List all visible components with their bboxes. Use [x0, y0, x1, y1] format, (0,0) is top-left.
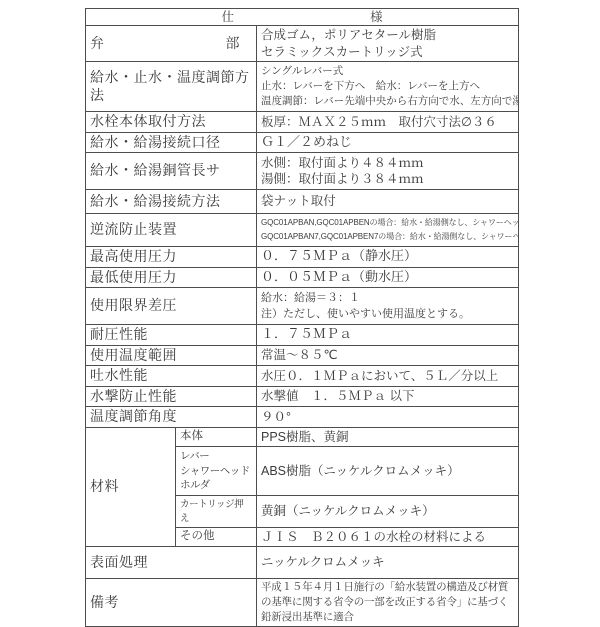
- spec-label: 表面処理: [86, 546, 257, 578]
- material-sublabel: カートリッジ押え: [176, 495, 257, 527]
- table-row: 給水・給湯接続口径 Ｇ１／２めねじ: [86, 132, 519, 153]
- spec-value: ０．７５ＭＰａ（静水圧）: [257, 247, 519, 268]
- spec-value-line: 板厚：ＭＡＸ２５ｍｍ 取付穴寸法∅３６: [261, 114, 514, 130]
- spec-value-line: １．７５ＭＰａ: [261, 326, 514, 343]
- table-title-cell: 仕様: [86, 9, 519, 26]
- spec-label: 耐圧性能: [86, 325, 257, 346]
- material-sublabel: レバー シャワーヘッド ホルダ: [176, 446, 257, 495]
- spec-label: 温度調節角度: [86, 407, 257, 428]
- table-row: 表面処理 ニッケルクロムメッキ: [86, 546, 519, 578]
- spec-label: 給水・給湯接続方法: [86, 190, 257, 214]
- material-sublabel: その他: [176, 527, 257, 546]
- material-label: 材料: [86, 427, 176, 546]
- spec-value: 平成１５年４月１日施行の「給水装置の構造及び材質の基準に関する省令の一部を改正す…: [257, 578, 519, 627]
- spec-value-line: 水側：取付面より４８４ｍｍ: [261, 155, 514, 171]
- spec-value-line: シングルレバー式: [261, 64, 514, 79]
- table-row: 最低使用圧力 ０．０５ＭＰａ（動水圧）: [86, 267, 519, 288]
- spec-label: 水栓本体取付方法: [86, 112, 257, 133]
- spec-value: GQC01APBAN,GQC01APBENの場合：給水・給湯側なし、シャワーヘッ…: [257, 214, 519, 247]
- spec-value: 水圧０．１ＭＰａにおいて、５Ｌ／分以上: [257, 366, 519, 387]
- spec-table: 仕様 弁部 合成ゴム，ポリアセタール樹脂 セラミックスカートリッジ式 給水・止水…: [85, 8, 519, 627]
- spec-value-line: 水圧０．１ＭＰａにおいて、５Ｌ／分以上: [261, 368, 514, 384]
- spec-label: 弁部: [86, 26, 257, 62]
- table-row: 給水・給湯接続方法 袋ナット取付: [86, 190, 519, 214]
- table-header-row: 仕様: [86, 9, 519, 26]
- table-row: 給水・止水・温度調節方法 シングルレバー式 止水：レバーを下方へ 給水：レバーを…: [86, 62, 519, 112]
- spec-label: 給水・給湯接続口径: [86, 132, 257, 153]
- material-subrow: 材料 本体 PPS樹脂、黄銅: [86, 427, 519, 446]
- material-value: PPS樹脂、黄銅: [257, 427, 519, 446]
- material-value: ＪＩＳ Ｂ２０６１の水栓の材料による: [257, 527, 519, 546]
- spec-label: 給水・給湯銅管長サ: [86, 153, 257, 190]
- table-row: 使用温度範囲 常温～８５℃: [86, 345, 519, 366]
- spec-value-line: ０．７５ＭＰａ（静水圧）: [261, 248, 514, 265]
- spec-value-line: ９０°: [261, 409, 514, 425]
- spec-value: 常温～８５℃: [257, 345, 519, 366]
- spec-value: 水側：取付面より４８４ｍｍ 湯側：取付面より３８４ｍｍ: [257, 153, 519, 190]
- spec-label: 給水・止水・温度調節方法: [86, 62, 257, 112]
- spec-value: ０．０５ＭＰａ（動水圧）: [257, 267, 519, 288]
- spec-value: 給水：給湯＝３：１ 注）ただし、使いやすい使用温度とする。: [257, 288, 519, 325]
- spec-value-line: 温度調節：レバー先端中央から右方向で水、左方向で湯: [261, 94, 514, 109]
- spec-value: ニッケルクロムメッキ: [257, 546, 519, 578]
- spec-label: 使用限界差圧: [86, 288, 257, 325]
- spec-label: 逆流防止装置: [86, 214, 257, 247]
- spec-value-line: 注）ただし、使いやすい使用温度とする。: [261, 306, 514, 323]
- table-title: 仕様: [221, 10, 382, 24]
- table-row: 水撃防止性能 水撃値 １．５ＭＰａ 以下: [86, 386, 519, 407]
- spec-value-line: ABS樹脂（ニッケルクロムメッキ）: [261, 463, 514, 479]
- spec-value-line: Ｇ１／２めねじ: [261, 134, 514, 151]
- spec-value-line: セラミックスカートリッジ式: [261, 44, 514, 60]
- table-row: 弁部 合成ゴム，ポリアセタール樹脂 セラミックスカートリッジ式: [86, 26, 519, 62]
- table-row: 温度調節角度 ９０°: [86, 407, 519, 428]
- spec-value-line: GQC01APBAN7,GQC01APBEN7の場合：給水・給湯側なし、シャワー…: [261, 230, 514, 244]
- spec-value: Ｇ１／２めねじ: [257, 132, 519, 153]
- spec-label: 最低使用圧力: [86, 267, 257, 288]
- spec-value-line: 湯側：取付面より３８４ｍｍ: [261, 171, 514, 187]
- spec-value-line: 袋ナット取付: [261, 193, 514, 209]
- spec-value: 合成ゴム，ポリアセタール樹脂 セラミックスカートリッジ式: [257, 26, 519, 62]
- spec-value: シングルレバー式 止水：レバーを下方へ 給水：レバーを上方へ 温度調節：レバー先…: [257, 62, 519, 112]
- spec-value-line: 平成１５年４月１日施行の「給水装置の構造及び材質の基準に関する省令の一部を改正す…: [261, 580, 514, 626]
- spec-value-line: ニッケルクロムメッキ: [261, 554, 514, 570]
- spec-value-line: 止水：レバーを下方へ 給水：レバーを上方へ: [261, 79, 514, 94]
- spec-label: 使用温度範囲: [86, 345, 257, 366]
- table-row: 備考 平成１５年４月１日施行の「給水装置の構造及び材質の基準に関する省令の一部を…: [86, 578, 519, 627]
- spec-label: 備考: [86, 578, 257, 627]
- spec-value: 水撃値 １．５ＭＰａ 以下: [257, 386, 519, 407]
- spec-value: １．７５ＭＰａ: [257, 325, 519, 346]
- material-value: 黄銅（ニッケルクロムメッキ）: [257, 495, 519, 527]
- spec-sheet: 仕様 弁部 合成ゴム，ポリアセタール樹脂 セラミックスカートリッジ式 給水・止水…: [85, 8, 518, 627]
- spec-value: 袋ナット取付: [257, 190, 519, 214]
- spec-label: 水撃防止性能: [86, 386, 257, 407]
- table-row: 使用限界差圧 給水：給湯＝３：１ 注）ただし、使いやすい使用温度とする。: [86, 288, 519, 325]
- spec-value-line: 黄銅（ニッケルクロムメッキ）: [261, 503, 514, 519]
- spec-value-line: 常温～８５℃: [261, 347, 514, 363]
- spec-value-line: ０．０５ＭＰａ（動水圧）: [261, 269, 514, 286]
- spec-value-line: 給水：給湯＝３：１: [261, 290, 514, 307]
- spec-value: ９０°: [257, 407, 519, 428]
- spec-label: 吐水性能: [86, 366, 257, 387]
- material-sublabel: 本体: [176, 427, 257, 446]
- spec-value-line: ＪＩＳ Ｂ２０６１の水栓の材料による: [261, 529, 514, 545]
- spec-label: 最高使用圧力: [86, 247, 257, 268]
- spec-value-line: GQC01APBAN,GQC01APBENの場合：給水・給湯側なし、シャワーヘッ…: [261, 216, 514, 230]
- table-row: 水栓本体取付方法 板厚：ＭＡＸ２５ｍｍ 取付穴寸法∅３６: [86, 112, 519, 133]
- spec-value-line: 水撃値 １．５ＭＰａ 以下: [261, 388, 514, 404]
- spec-value-line: 合成ゴム，ポリアセタール樹脂: [261, 27, 514, 43]
- spec-value: 板厚：ＭＡＸ２５ｍｍ 取付穴寸法∅３６: [257, 112, 519, 133]
- spec-value-line: PPS樹脂、黄銅: [261, 429, 514, 445]
- table-row: 給水・給湯銅管長サ 水側：取付面より４８４ｍｍ 湯側：取付面より３８４ｍｍ: [86, 153, 519, 190]
- table-row: 最高使用圧力 ０．７５ＭＰａ（静水圧）: [86, 247, 519, 268]
- material-value: ABS樹脂（ニッケルクロムメッキ）: [257, 446, 519, 495]
- table-row: 吐水性能 水圧０．１ＭＰａにおいて、５Ｌ／分以上: [86, 366, 519, 387]
- table-row: 耐圧性能 １．７５ＭＰａ: [86, 325, 519, 346]
- table-row: 逆流防止装置 GQC01APBAN,GQC01APBENの場合：給水・給湯側なし…: [86, 214, 519, 247]
